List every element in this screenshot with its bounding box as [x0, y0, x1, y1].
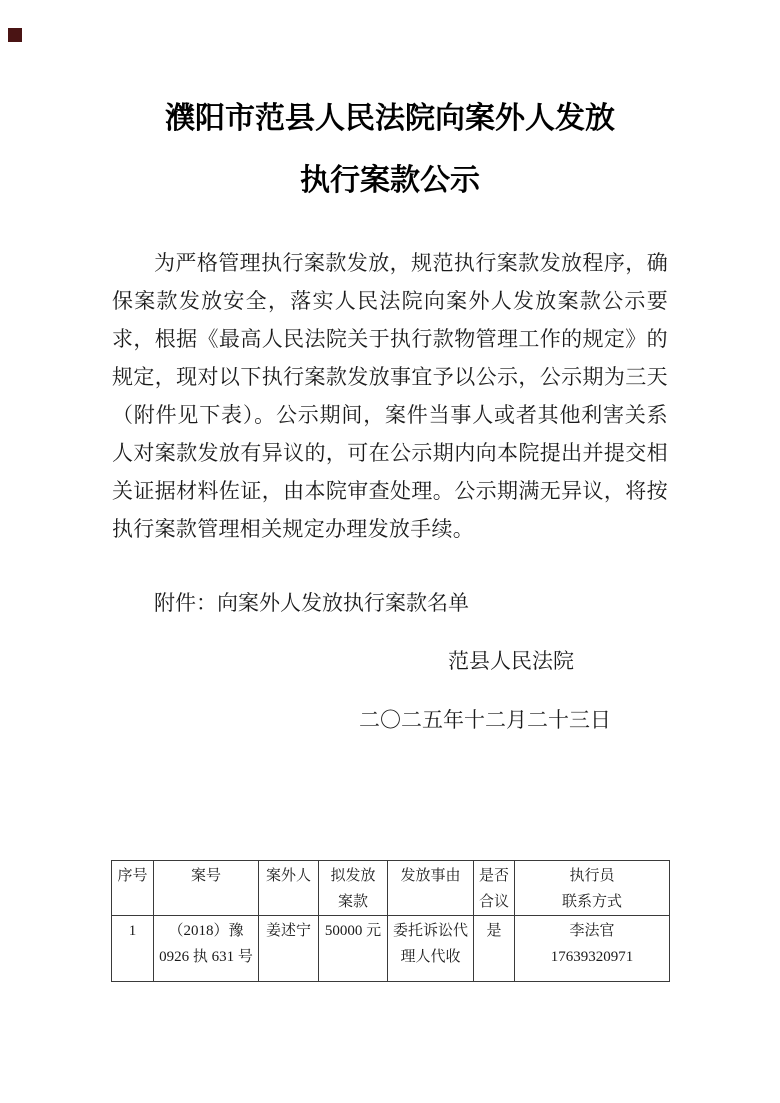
document-page: 濮阳市范县人民法院向案外人发放 执行案款公示 为严格管理执行案款发放，规范执行案… — [0, 0, 780, 1103]
cell-case-no: （2018）豫 0926 执 631 号 — [154, 916, 259, 982]
cell-reason: 委托诉讼代理人代收 — [388, 916, 474, 982]
title-line-2: 执行案款公示 — [0, 164, 780, 198]
header-reason: 发放事由 — [388, 861, 474, 916]
table-row: 1 （2018）豫 0926 执 631 号 姜述宁 50000 元 委托诉讼代… — [112, 916, 670, 982]
document-title: 濮阳市范县人民法院向案外人发放 执行案款公示 — [0, 102, 780, 198]
header-panel: 是否 合议 — [474, 861, 515, 916]
table-header-row: 序号 案号 案外人 拟发放 案款 发放事由 是否 合议 执行员 联系方式 — [112, 861, 670, 916]
attachment-note: 附件：向案外人发放执行案款名单 — [112, 584, 668, 622]
cell-seq: 1 — [112, 916, 154, 982]
header-executor: 执行员 联系方式 — [515, 861, 670, 916]
cell-amount: 50000 元 — [319, 916, 388, 982]
cell-panel: 是 — [474, 916, 515, 982]
notice-paragraph: 为严格管理执行案款发放，规范执行案款发放程序，确保案款发放安全，落实人民法院向案… — [112, 244, 668, 548]
header-case-no: 案号 — [154, 861, 259, 916]
signature-court: 范县人民法院 — [112, 642, 668, 680]
corner-marker — [8, 28, 22, 42]
funds-table: 序号 案号 案外人 拟发放 案款 发放事由 是否 合议 执行员 联系方式 1 （… — [111, 860, 670, 982]
header-seq: 序号 — [112, 861, 154, 916]
header-outsider: 案外人 — [259, 861, 319, 916]
cell-outsider: 姜述宁 — [259, 916, 319, 982]
document-content: 为严格管理执行案款发放，规范执行案款发放程序，确保案款发放安全，落实人民法院向案… — [112, 244, 668, 982]
signature-date: 二〇二五年十二月二十三日 — [112, 701, 668, 739]
title-line-1: 濮阳市范县人民法院向案外人发放 — [0, 102, 780, 136]
header-amount: 拟发放 案款 — [319, 861, 388, 916]
cell-executor: 李法官 17639320971 — [515, 916, 670, 982]
